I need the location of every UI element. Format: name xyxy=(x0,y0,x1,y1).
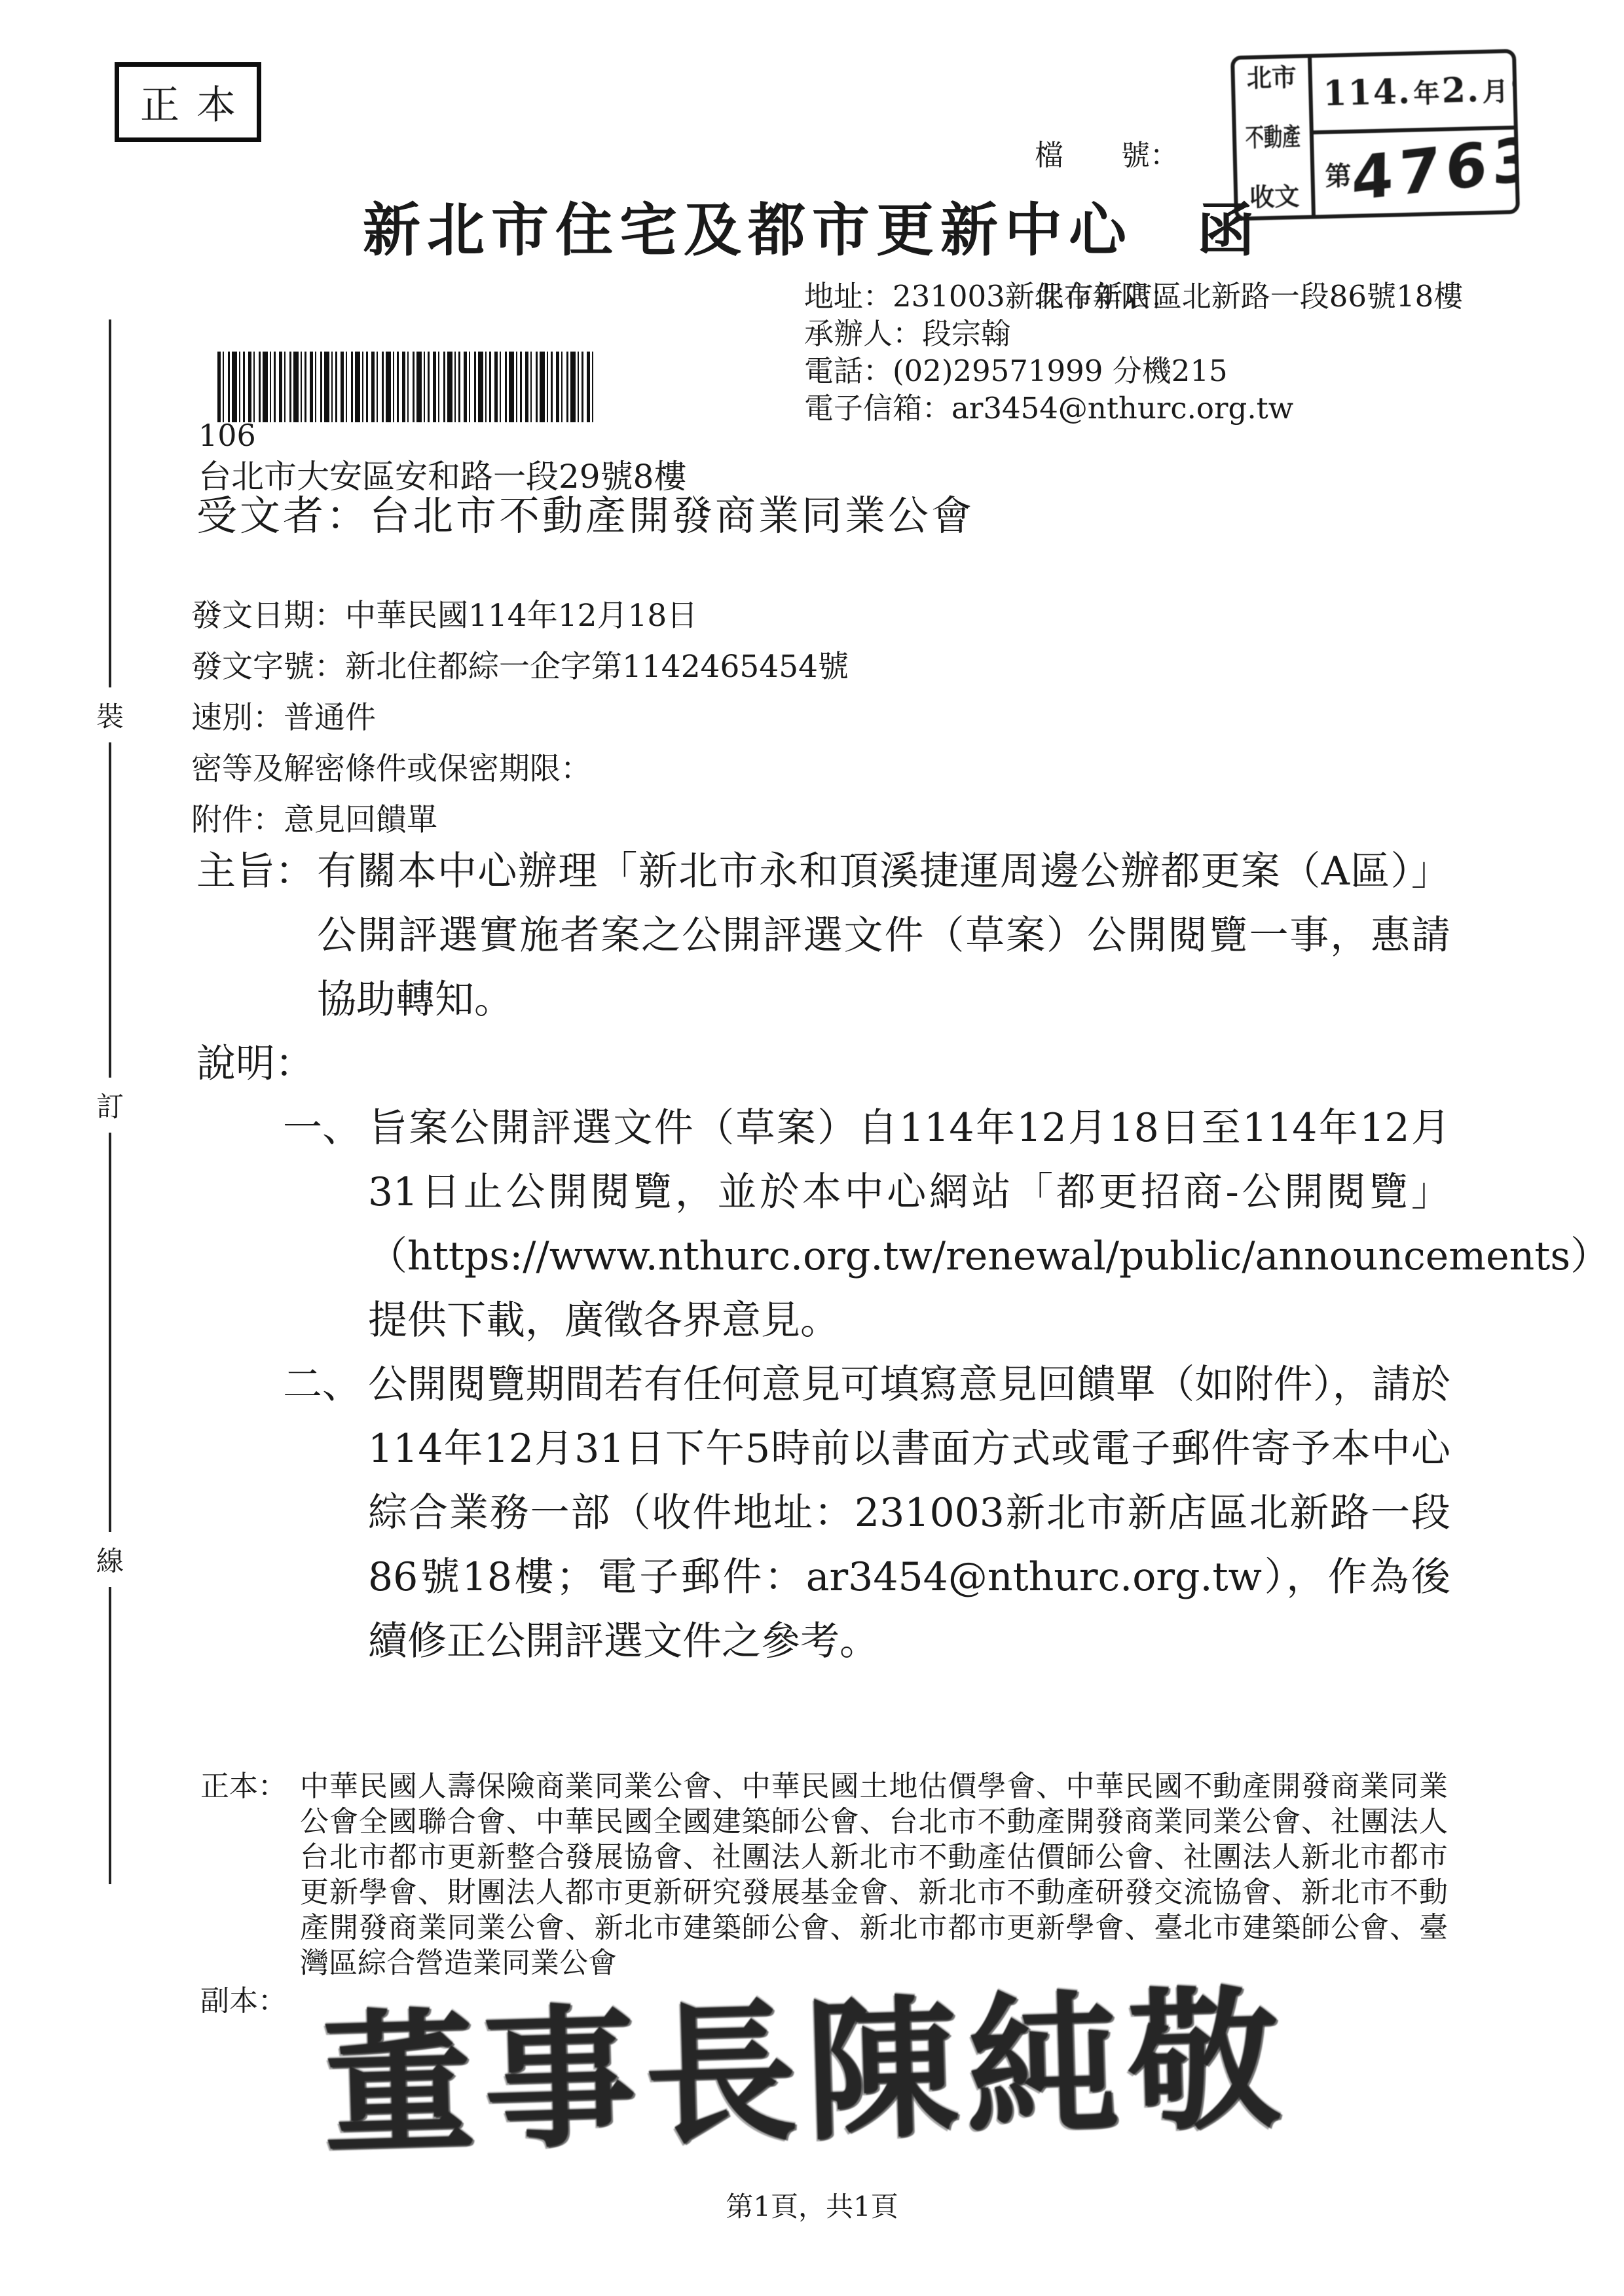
binding-mark-xian: 線 xyxy=(96,1532,124,1587)
binding-margin: 裝 訂 線 xyxy=(97,319,123,1884)
description-item-2-number: 二、 xyxy=(283,1353,361,1417)
attachment-line: 附件：意見回饋單 xyxy=(191,795,849,846)
receipt-day: 9 xyxy=(1510,69,1520,109)
issue-date-line: 發文日期：中華民國114年12月18日 xyxy=(191,591,849,642)
sender-contact-block: 地址：231003新北市新店區北新路一段86號18樓 承辦人：段宗翰 電話：(0… xyxy=(804,278,1463,427)
description-item-1-text: 旨案公開評選文件（草案）自114年12月18日至114年12月31日止公開閱覽，… xyxy=(368,1105,1610,1343)
mailing-barcode xyxy=(217,352,594,422)
description-label: 說明： xyxy=(196,1032,1450,1096)
document-title: 新北市住宅及都市更新中心 函 xyxy=(0,185,1624,267)
official-letter-page: 正本 檔 號： 保存年限： 北市 不動產 收文 114. 年 2. 月 9 日 xyxy=(0,0,1624,2296)
security-class-line: 密等及解密條件或保密期限： xyxy=(191,744,849,795)
issue-meta-block: 發文日期：中華民國114年12月18日 發文字號：新北住都綜一企字第114246… xyxy=(191,591,849,846)
description-item-2: 二、 公開閱覽期間若有任何意見可填寫意見回饋單（如附件），請於114年12月31… xyxy=(196,1353,1450,1673)
recipient-zip: 106 xyxy=(198,418,256,453)
subject-text: 有關本中心辦理「新北市永和頂溪捷運周邊公辦都更案（A區）」公開評選實施者案之公開… xyxy=(317,848,1450,1023)
recipient-line: 受文者：台北市不動產開發商業同業公會 xyxy=(196,483,974,541)
speed-class-line: 速別：普通件 xyxy=(191,693,849,744)
binding-mark-zhuang: 裝 xyxy=(96,687,124,742)
issue-number-line: 發文字號：新北住都綜一企字第1142465454號 xyxy=(191,642,849,693)
file-number-label: 檔 號： xyxy=(1035,132,1179,179)
binding-mark-ding: 訂 xyxy=(96,1078,124,1133)
subject-paragraph: 主旨： 有關本中心辦理「新北市永和頂溪捷運周邊公辦都更案（A區）」公開評選實施者… xyxy=(196,839,1450,1032)
copy-type-box: 正本 xyxy=(115,62,261,142)
letter-body: 主旨： 有關本中心辦理「新北市永和頂溪捷運周邊公辦都更案（A區）」公開評選實施者… xyxy=(196,839,1450,1673)
receipt-year-unit: 年 xyxy=(1413,73,1440,111)
page-number: 第1頁，共1頁 xyxy=(0,2185,1624,2225)
receipt-month-unit: 月 xyxy=(1482,71,1509,109)
description-item-1: 一、 旨案公開評選文件（草案）自114年12月18日至114年12月31日止公開… xyxy=(196,1096,1450,1353)
subject-label: 主旨： xyxy=(196,839,314,903)
description-item-2-text: 公開閱覽期間若有任何意見可填寫意見回饋單（如附件），請於114年12月31日下午… xyxy=(368,1362,1450,1664)
receipt-stamp-org-line1: 北市 xyxy=(1246,65,1297,91)
sender-person: 承辦人：段宗翰 xyxy=(804,315,1463,352)
copy-type-label: 正本 xyxy=(123,74,253,130)
chairman-signature: 董事長陳純敬 xyxy=(318,1937,1293,2182)
sender-phone: 電話：(02)29571999 分機215 xyxy=(804,352,1463,390)
receipt-stamp-date-row: 114. 年 2. 月 9 日 xyxy=(1312,52,1520,135)
receipt-month: 2. xyxy=(1441,70,1481,111)
sender-email: 電子信箱：ar3454@nthurc.org.tw xyxy=(804,390,1463,427)
original-recipients-label: 正本： xyxy=(200,1769,287,1804)
sender-address: 地址：231003新北市新店區北新路一段86號18樓 xyxy=(804,278,1463,315)
receipt-year: 114. xyxy=(1323,72,1412,114)
description-item-1-number: 一、 xyxy=(283,1096,361,1160)
receipt-stamp-org-line2: 不動產 xyxy=(1245,124,1301,151)
